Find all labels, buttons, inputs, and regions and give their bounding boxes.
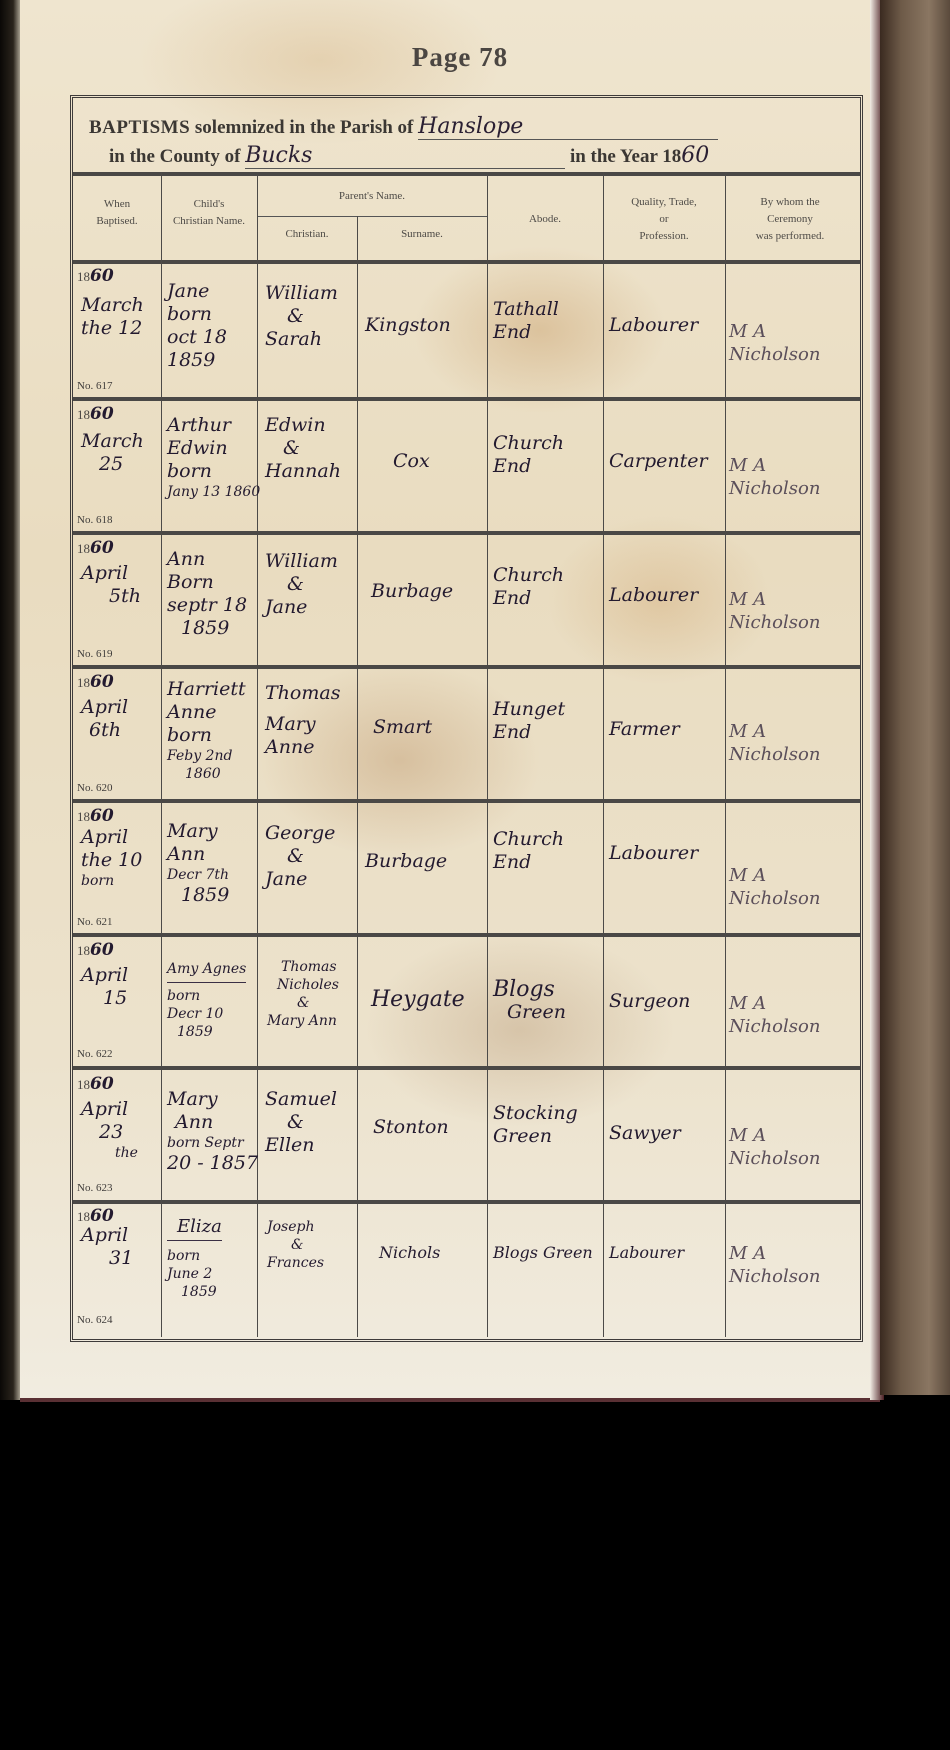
col-divider [357,216,358,1337]
parish-name: Hanslope [418,114,718,140]
row-rule [73,397,860,401]
col-header-parents: Parent's Name. [257,188,487,205]
row-rule [73,799,860,803]
col-divider [161,172,162,1337]
col-header-child: Child'sChristian Name. [161,196,257,230]
col-divider [725,172,726,1337]
year-suffix: 60 [681,143,709,168]
page-number: Page 78 [20,42,900,73]
row-rule [73,531,860,535]
row-rule [73,933,860,937]
parents-divider [257,216,487,217]
col-header-quality: Quality, Trade,orProfession. [603,194,725,245]
title-baptisms: BAPTISMS [89,117,190,138]
col-header-christian: Christian. [257,226,357,243]
facing-page-edge [880,0,950,1395]
row-rule [73,1066,860,1070]
col-header-abode: Abode. [487,211,603,228]
row-rule [73,1200,860,1204]
register-page: Page 78 BAPTISMS solemnized in the Paris… [20,0,880,1402]
col-divider [487,172,488,1337]
column-header-rule [73,260,860,264]
row-rule [73,665,860,669]
col-divider [603,172,604,1337]
col-header-surname: Surname. [357,226,487,243]
register-title-line-2: in the County of Bucks in the Year 1860 [109,143,709,169]
col-header-when: WhenBaptised. [73,196,161,230]
county-name: Bucks [245,143,565,169]
header-rule [73,172,860,176]
col-header-by-whom: By whom theCeremonywas performed. [725,194,855,245]
register-title-line-1: BAPTISMS solemnized in the Parish of Han… [89,114,718,140]
book-spine-shadow [0,0,22,1400]
baptism-register-table: BAPTISMS solemnized in the Parish of Han… [70,95,863,1342]
